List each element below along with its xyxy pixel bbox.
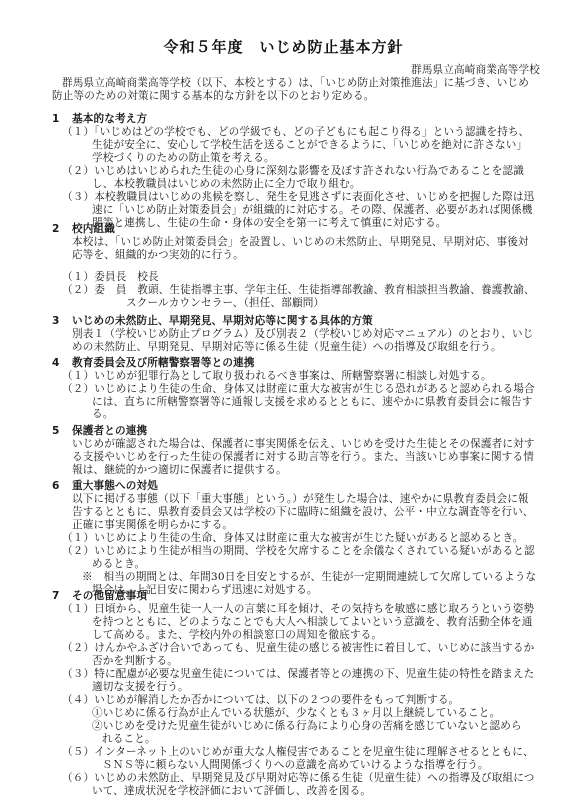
section-heading-7: 7その他留意事項 (52, 590, 147, 603)
section-line: 生徒が安全に、安心して学校生活を送ることができるように、「いじめを絶対に許さない… (92, 139, 527, 152)
section-line: （１）委員長 校長 (62, 271, 159, 284)
section-line: （１）いじめが犯罪行為として取り扱われるべき事案は、所轄警察署に相談し対処する。 (62, 370, 492, 383)
section-line: （２）委 員 教頭、生徒指導主事、学年主任、生徒指導部教諭、教育相談担当教諭、養… (62, 284, 535, 297)
section-line: （６）いじめの未然防止、早期発見及び早期対応等に係る生徒（児童生徒）への指導及び… (62, 772, 535, 785)
section-line: れること。 (102, 733, 156, 746)
section-line: （１）いじめにより生徒の生命、身体又は財産に重大な被害が生じた疑いがあると認める… (62, 532, 524, 545)
section-heading-3: 3いじめの未然防止、早期発見、早期対応等に関する具体的方策 (52, 315, 373, 328)
section-line: いて、達成状況を学校評価において評価し、改善を図る。 (92, 785, 371, 798)
section-title: 校内組織 (72, 223, 115, 235)
section-line: ②いじめを受けた児童生徒がいじめに係る行為により心身の苦痛を感じていないと認めら (92, 720, 522, 733)
section-line: 速に「いじめ防止対策委員会」が組織的に対応する。その際、保護者、必要があれば関係… (92, 204, 533, 217)
section-line: 告するとともに、県教育委員会又は学校の下に臨時に組織を設け、公平・中立な調査等を… (72, 506, 534, 519)
section-title: 教育委員会及び所轄警察署等との連携 (72, 357, 255, 369)
section-line: して高める。また、学校内外の相談窓口の周知を徹底する。 (92, 629, 382, 642)
section-line: （４）いじめが解消したか否かについては、以下の２つの要件をもって判断する。 (62, 694, 459, 707)
section-line: （３）特に配慮が必要な児童生徒については、保護者等との連携の下、児童生徒の特性を… (62, 668, 535, 681)
section-number: 5 (52, 425, 72, 438)
section-line: ※ 相当の期間とは、年間30日を目安とするが、生徒が一定期間連続して欠席している… (82, 571, 536, 584)
section-line: る支援やいじめを行った生徒の保護者に対する助言等を行う。また、当該いじめ事案に関… (72, 451, 534, 464)
section-heading-4: 4教育委員会及び所轄警察署等との連携 (52, 357, 255, 370)
section-line: 否かを判断する。 (92, 655, 178, 668)
section-title: 重大事態への対処 (72, 480, 158, 492)
section-line: （１）日頃から、児童生徒一人一人の言葉に耳を傾け、その気持ちを敏感に感じ取ろうと… (62, 603, 534, 616)
section-line: には、直ちに所轄警察署等に通報し支援を求めるとともに、速やかに県教育委員会に報告… (92, 396, 533, 409)
section-line: ①いじめに係る行為が止んでいる状態が、少なくとも３ヶ月以上継続していること。 (92, 707, 500, 720)
section-line: （５）インターネット上のいじめが重大な人権侵害であることを児童生徒に理解させると… (62, 746, 534, 759)
section-number: 1 (52, 113, 72, 126)
section-line: （３）本校教職員はいじめの兆候を察し、発生を見逃さずに表面化させ、いじめを把握し… (62, 191, 534, 204)
section-number: 6 (52, 480, 72, 493)
section-heading-6: 6重大事態への対処 (52, 480, 158, 493)
section-number: 2 (52, 223, 72, 236)
section-line: を持つとともに、どのようなことでも大人へ相談してよいという意識を、教育活動全体を… (92, 616, 533, 629)
section-line: 関等と連携し、生徒の生命・身体の安全を第一に考えて慎重に対応する。 (92, 217, 447, 230)
page-title: 令和５年度 いじめ防止基本方針 (0, 36, 567, 57)
section-line: めるとき。 (92, 558, 145, 571)
section-line: 本校は、「いじめ防止対策委員会」を設置し、いじめの未然防止、早期発見、早期対応、… (72, 236, 529, 249)
section-line: 正確に事実関係を明らかにする。 (72, 519, 233, 532)
section-line: （２）けんかやふざけ合いであっても、児童生徒の感じる被害性に着目して、いじめに該… (62, 642, 534, 655)
section-line: （２）いじめにより生徒の生命、身体又は財産に重大な被害が生じる恐れがあると認めら… (62, 383, 535, 396)
section-number: 4 (52, 357, 72, 370)
section-title: 保護者との連携 (72, 425, 147, 437)
section-line: ＳＮＳ等に頼らない人間関係づくりへの意識を高めていけるような指導を行う。 (102, 759, 489, 772)
section-heading-2: 2校内組織 (52, 223, 115, 236)
section-line: スクールカウンセラー、（担任、部顧問） (126, 297, 324, 310)
section-line: 別表１（学校いじめ防止プログラム）及び別表２（学校いじめ対応マニュアル）のとおり… (72, 328, 533, 341)
section-line: 以下に掲げる事態（以下「重大事態」という。）が発生した場合は、速やかに県教育委員… (72, 493, 529, 506)
document-page: 令和５年度 いじめ防止基本方針 群馬県立高崎商業高等学校 群馬県立高崎商業高等学… (0, 0, 567, 800)
section-line: （２）いじめにより生徒が相当の期間、学校を欠席することを余儀なくされている疑いが… (62, 545, 535, 558)
section-number: 7 (52, 590, 72, 603)
section-line: し、本校教職員はいじめの未然防止に全力で取り組む。 (92, 178, 361, 191)
section-line: （１）「いじめはどの学校でも、どの学級でも、どの子どもにも起こり得る」という認識… (62, 126, 529, 139)
intro-line: 群馬県立高崎商業高等学校（以下、本校とする）は、「いじめ防止対策推進法」に基づき… (62, 77, 529, 90)
section-line: めの未然防止、早期発見、早期対応等に係る生徒（児童生徒）への指導及び取組を行う。 (72, 341, 502, 354)
section-line: （２）いじめはいじめられた生徒の心身に深刻な影響を及ぼす許されない行為であること… (62, 165, 524, 178)
section-heading-1: 1基本的な考え方 (52, 113, 147, 126)
intro-line: 防止等のための対策に関する基本的な方針を以下のとおり定める。 (52, 90, 374, 103)
section-title: その他留意事項 (72, 590, 147, 602)
section-number: 3 (52, 315, 72, 328)
section-line: 応等を、組織的かつ実効的に行う。 (72, 249, 244, 262)
section-line: 報は、継続的かつ適切に保護者に提供する。 (72, 464, 287, 477)
school-name: 群馬県立高崎商業高等学校 (411, 64, 540, 77)
section-title: いじめの未然防止、早期発見、早期対応等に関する具体的方策 (72, 315, 373, 327)
section-title: 基本的な考え方 (72, 113, 147, 125)
section-heading-5: 5保護者との連携 (52, 425, 147, 438)
section-line: 学校づくりのための防止策を考える。 (92, 152, 275, 165)
section-line: る。 (92, 408, 114, 421)
section-line: いじめが確認された場合は、保護者に事実関係を伝え、いじめを受けた生徒とその保護者… (72, 438, 535, 451)
section-line: 適切な支援を行う。 (92, 681, 189, 694)
